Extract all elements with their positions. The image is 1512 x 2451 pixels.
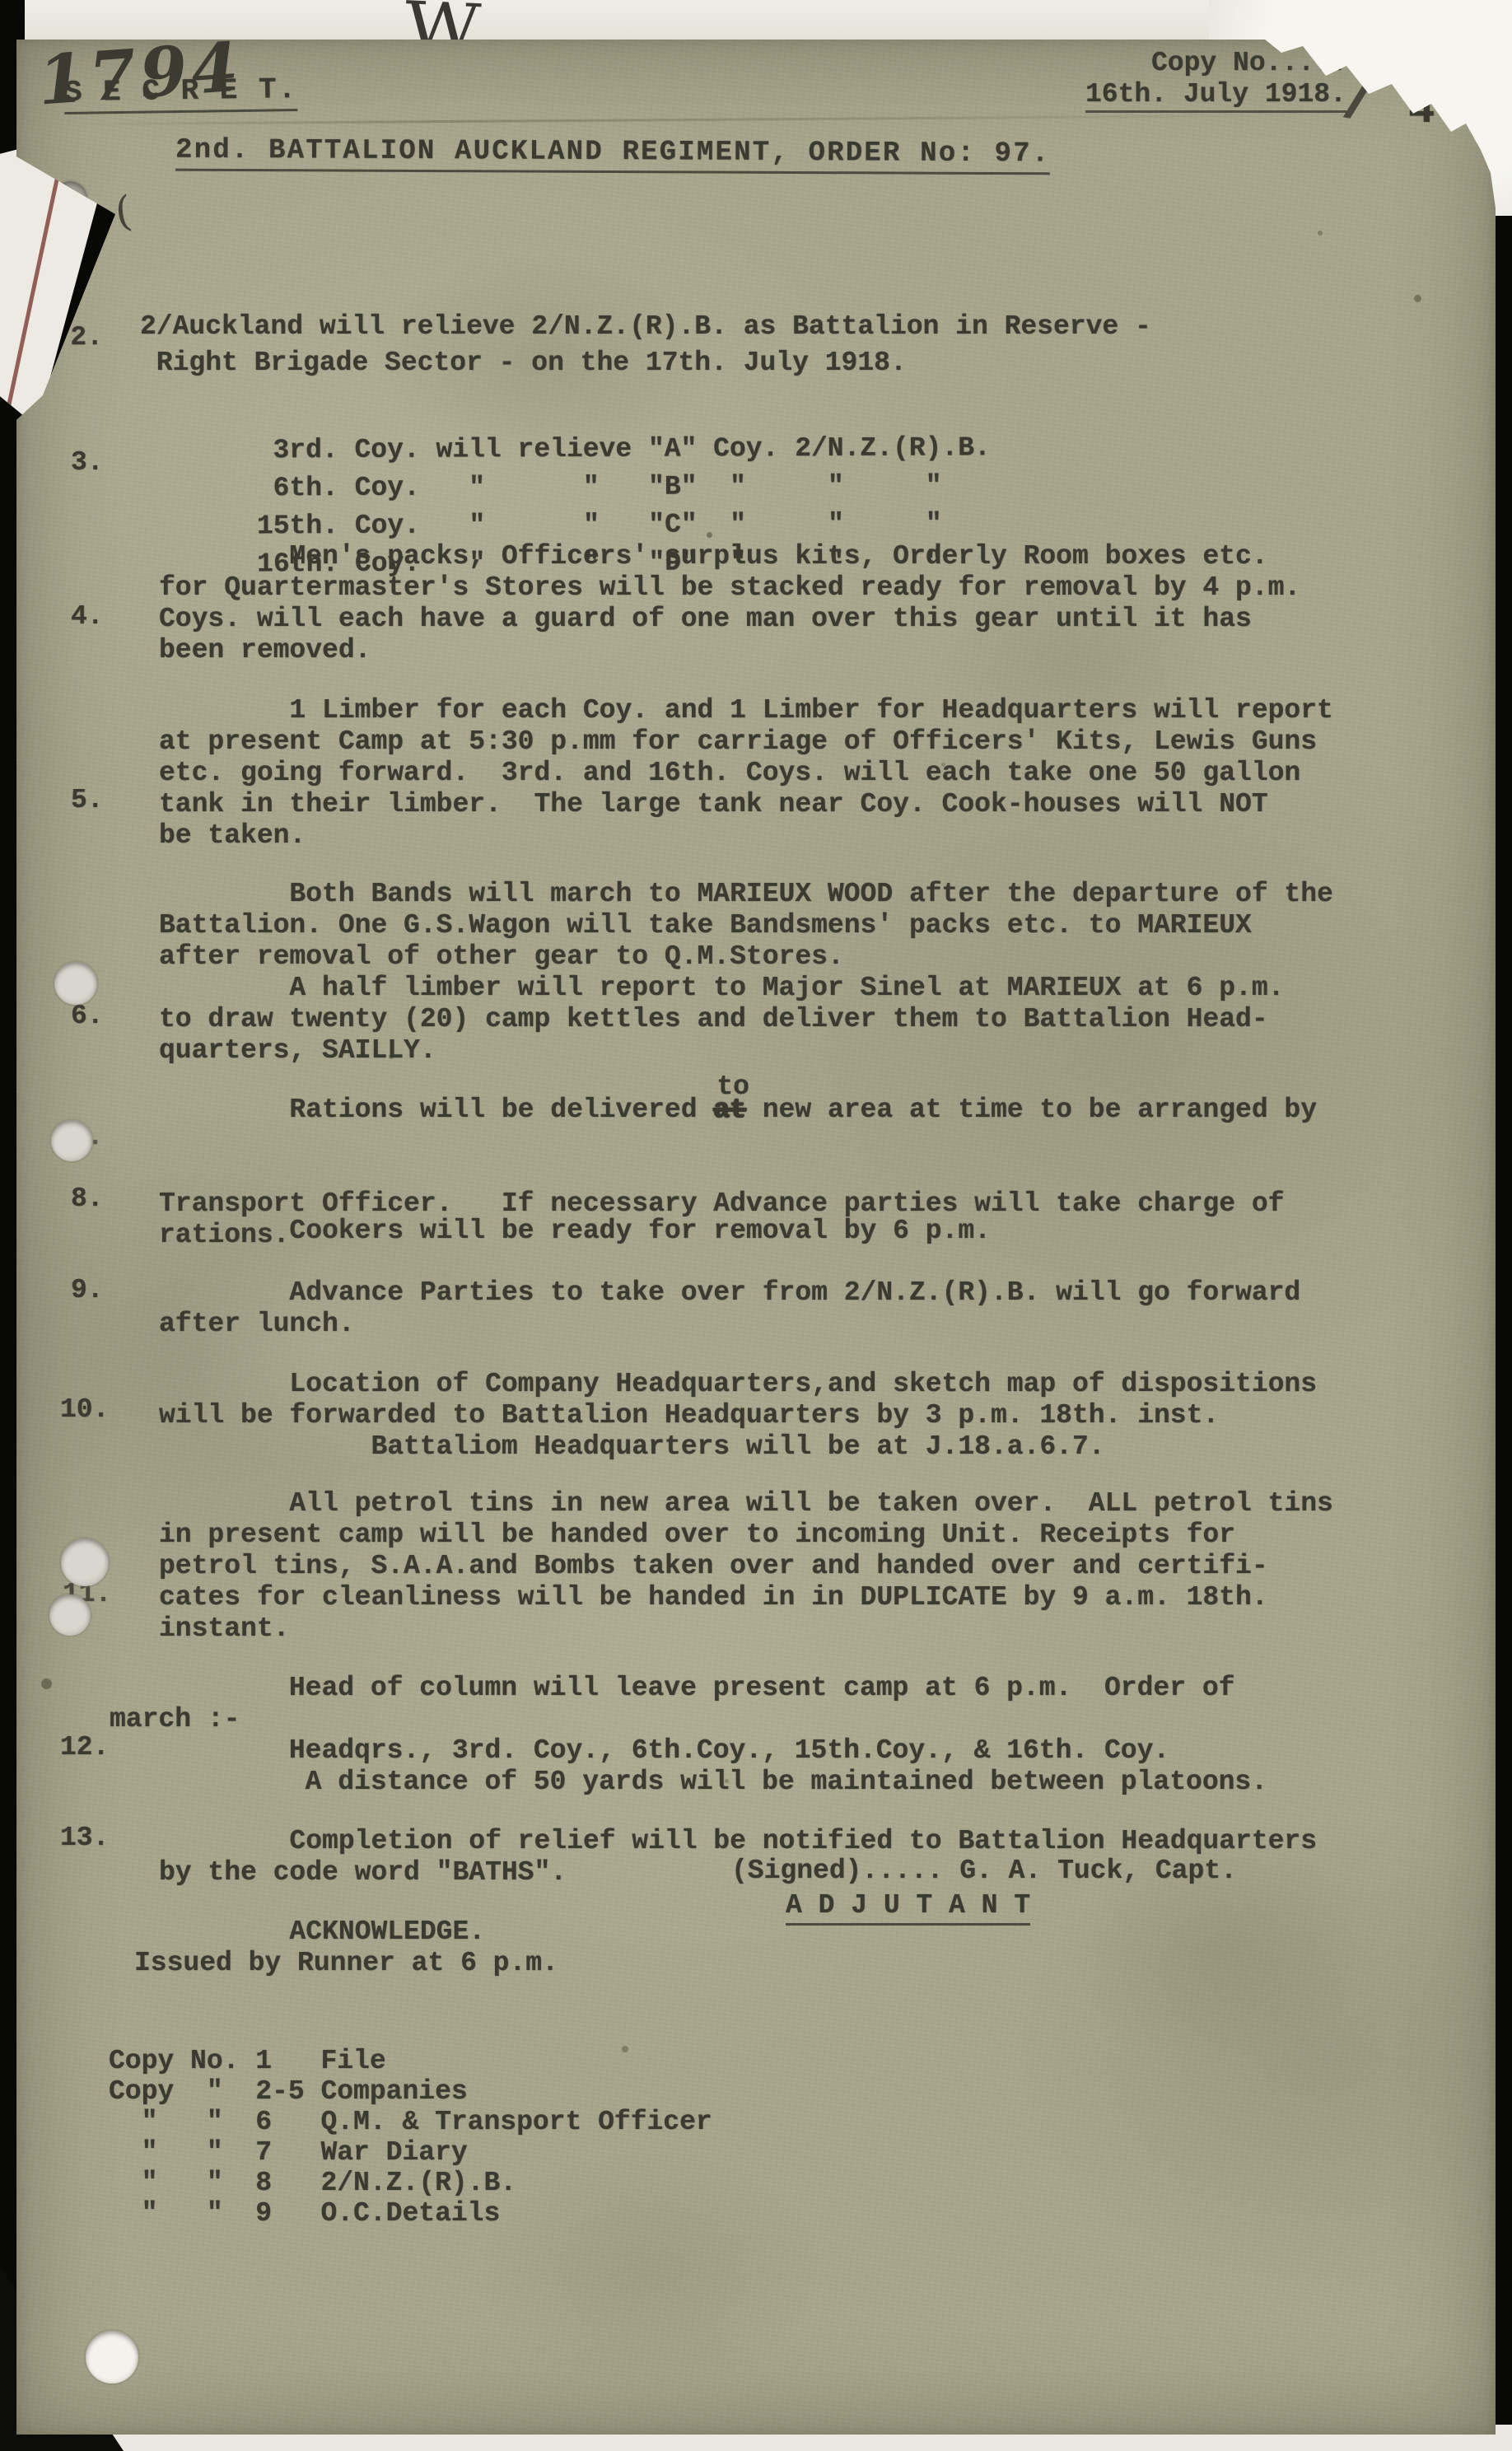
typed-line: at present Camp at 5:30 p.mm for carriag… xyxy=(159,726,1333,758)
item-number: 9. xyxy=(71,1275,104,1306)
typed-line: Head of column will leave present camp a… xyxy=(110,1673,1267,1704)
issued-line: Issued by Runner at 6 p.m. xyxy=(134,1948,558,1978)
speck xyxy=(41,1678,52,1689)
page-title: 2nd. BATTALION AUCKLAND REGIMENT, ORDER … xyxy=(175,135,1051,175)
item-number: 10. xyxy=(60,1394,109,1426)
typed-line: Copy No. 1 File xyxy=(109,2046,712,2076)
typed-line: Men's packs, Officers' surplus kits, Ord… xyxy=(159,541,1300,572)
typed-line: petrol tins, S.A.A.and Bombs taken over … xyxy=(159,1551,1333,1582)
typed-line: Copy " 2-5 Companies xyxy=(109,2076,712,2107)
handwritten-paren: ( xyxy=(112,187,134,236)
scanned-document: W 1794 S E C R E T. Copy No.......... 7 … xyxy=(0,0,1512,2451)
speck xyxy=(1318,231,1323,236)
punch-hole xyxy=(54,962,97,1005)
distribution-list: Copy No. 1 FileCopy " 2-5 Companies " " … xyxy=(109,1985,712,2290)
typed-line: 1 Limber for each Coy. and 1 Limber for … xyxy=(159,695,1333,726)
paper-crease xyxy=(74,114,1293,125)
typed-line: " " 6 Q.M. & Transport Officer xyxy=(109,2107,712,2137)
order-item-13: 13. ACKNOWLEDGE. xyxy=(159,1823,485,2010)
item-number: 8. xyxy=(71,1183,104,1215)
paper-sheet: 1794 S E C R E T. Copy No.......... 7 16… xyxy=(16,40,1496,2435)
punch-hole xyxy=(49,1594,91,1636)
typed-line: Both Bands will march to MARIEUX WOOD af… xyxy=(159,879,1333,910)
item-number: 2. xyxy=(70,319,103,357)
item-number: 3. xyxy=(71,447,104,479)
adjutant-line: A D J U T A N T xyxy=(786,1890,1030,1926)
speck xyxy=(1414,295,1421,302)
signature-line: (Signed)..... G. A. Tuck, Capt. xyxy=(731,1856,1237,1886)
punch-hole xyxy=(86,2331,138,2383)
item-number: 12. xyxy=(60,1732,109,1763)
item-number: 13. xyxy=(60,1823,109,1854)
date-line: 16th. July 1918. xyxy=(1085,79,1346,113)
typed-line: A half limber will report to Major Sinel… xyxy=(159,973,1333,1004)
punch-hole xyxy=(51,1120,92,1161)
line-segment: new area at time to be arranged by xyxy=(746,1095,1317,1125)
punch-hole xyxy=(61,1538,109,1586)
typed-line: for Quartermaster's Stores will be stack… xyxy=(159,572,1300,604)
item-number: 4. xyxy=(71,601,104,633)
item-number: 6. xyxy=(71,1001,104,1032)
typed-line: All petrol tins in new area will be take… xyxy=(159,1488,1333,1520)
typed-line: after removal of other gear to Q.M.Store… xyxy=(159,941,1333,973)
typed-line: " " 8 2/N.Z.(R).B. xyxy=(109,2168,712,2198)
classification-stamp: S E C R E T. xyxy=(64,72,298,114)
item-number: 5. xyxy=(71,785,104,816)
typed-line: " " 9 O.C.Details xyxy=(109,2198,712,2229)
correction-word: to xyxy=(716,1071,749,1103)
typed-line: " " 7 War Diary xyxy=(109,2137,712,2168)
line-segment: Rations will be delivered xyxy=(159,1095,713,1125)
typed-line: Battalion. One G.S.Wagon will take Bands… xyxy=(159,910,1333,941)
typed-line: ACKNOWLEDGE. xyxy=(159,1916,485,1948)
typed-line: in present camp will be handed over to i… xyxy=(159,1520,1333,1551)
typed-line: march :- xyxy=(110,1704,1267,1735)
item-text: ACKNOWLEDGE. xyxy=(159,1916,485,1948)
distribution-rows: Copy No. 1 FileCopy " 2-5 Companies " " … xyxy=(109,2046,712,2229)
